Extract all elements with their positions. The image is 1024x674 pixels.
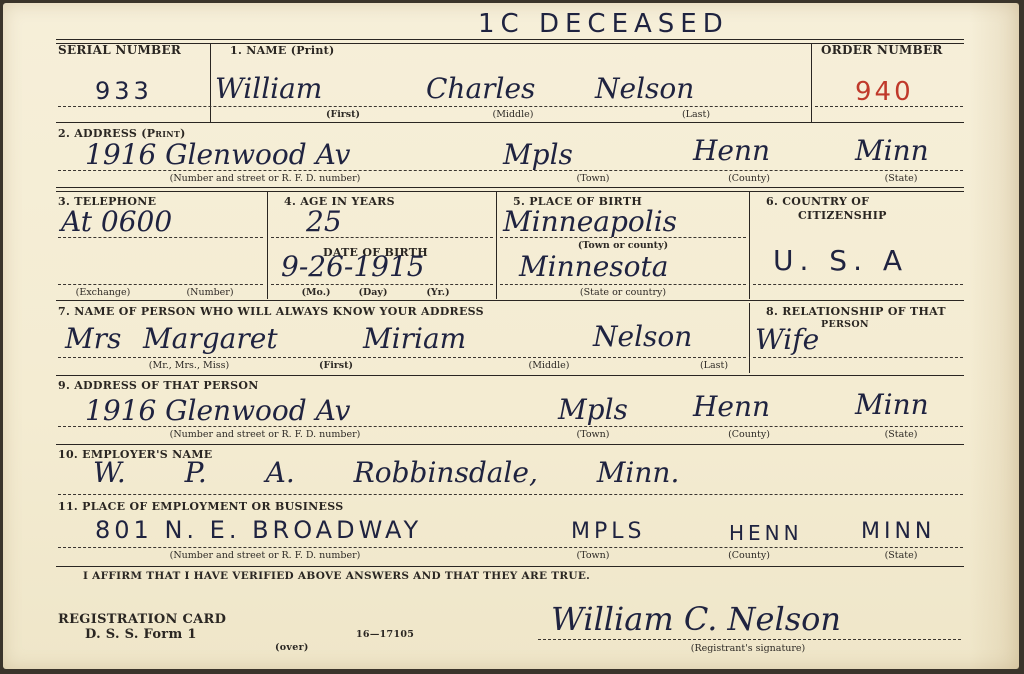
- birthplace-town: Minneapolis: [503, 208, 677, 236]
- row-border: [56, 122, 964, 123]
- relationship-label: 8. RELATIONSHIP OF THAT: [766, 305, 946, 318]
- address-county: Henn: [693, 137, 770, 165]
- affirmation-text: I AFFIRM THAT I HAVE VERIFIED ABOVE ANSW…: [83, 570, 590, 582]
- sub-day: (Day): [359, 287, 388, 298]
- citizenship-value: U. S. A: [773, 247, 908, 275]
- signature-line: [538, 639, 961, 640]
- form-number: D. S. S. Form 1: [85, 627, 197, 642]
- registration-card-title: REGISTRATION CARD: [58, 612, 226, 627]
- name-last: Nelson: [595, 75, 694, 103]
- sub-town-2: (Town): [577, 429, 610, 440]
- sub-street-2: (Number and street or R. F. D. number): [170, 429, 361, 440]
- employment-line: [58, 547, 963, 548]
- sub-title: (Mr., Mrs., Miss): [149, 360, 229, 371]
- sub-state-3: (State): [885, 550, 918, 561]
- signature-label: (Registrant's signature): [691, 643, 806, 654]
- employment-county: HENN: [729, 523, 803, 543]
- contact-address-state: Minn: [855, 391, 929, 419]
- serial-number-label: SERIAL NUMBER: [58, 43, 181, 57]
- divider: [749, 303, 750, 373]
- telephone-line-2: [58, 284, 263, 285]
- employment-town: MPLS: [571, 521, 645, 543]
- relationship-label-2: PERSON: [821, 319, 869, 330]
- birthplace-town-line: [500, 237, 746, 238]
- name-middle: Charles: [426, 75, 535, 103]
- sub-county-2: (County): [728, 429, 770, 440]
- divider: [496, 191, 497, 299]
- contact-address-line: [58, 426, 963, 427]
- divider: [811, 43, 812, 123]
- employment-state: MINN: [861, 521, 935, 543]
- sub-mo: (Mo.): [302, 287, 331, 298]
- sub-town-3: (Town): [577, 550, 610, 561]
- contact-address-town: Mpls: [558, 396, 628, 424]
- name-line: [58, 106, 808, 107]
- sub-town: (Town): [577, 173, 610, 184]
- contact-middle: Miriam: [363, 325, 466, 353]
- sub-last: (Last): [682, 109, 710, 120]
- employment-place-label: 11. PLACE OF EMPLOYMENT OR BUSINESS: [58, 500, 343, 513]
- deceased-annotation: 1C DECEASED: [478, 11, 729, 37]
- relationship-line: [753, 357, 963, 358]
- address-line: [58, 170, 963, 171]
- sub-state: (State): [885, 173, 918, 184]
- sub-last-2: (Last): [700, 360, 728, 371]
- contact-first: Margaret: [143, 325, 278, 353]
- sub-street: (Number and street or R. F. D. number): [170, 173, 361, 184]
- sub-yr: (Yr.): [426, 287, 449, 298]
- row-border: [56, 187, 964, 192]
- sub-first: (First): [326, 109, 360, 120]
- divider: [210, 43, 211, 123]
- contact-person-label: 7. NAME OF PERSON WHO WILL ALWAYS KNOW Y…: [58, 305, 484, 318]
- citizenship-label: 6. COUNTRY OF: [766, 195, 869, 208]
- order-line: [815, 106, 963, 107]
- name-first: William: [215, 75, 322, 103]
- contact-address-label: 9. ADDRESS OF THAT PERSON: [58, 379, 259, 392]
- row-border: [56, 444, 964, 445]
- print-code: 16—17105: [356, 629, 414, 640]
- sub-county-3: (County): [728, 550, 770, 561]
- birthplace-state: Minnesota: [519, 253, 668, 281]
- sub-state-country: (State or country): [580, 287, 666, 298]
- sub-number: (Number): [186, 287, 233, 298]
- age-line: [271, 237, 493, 238]
- sub-state-2: (State): [885, 429, 918, 440]
- contact-title: Mrs: [65, 325, 121, 353]
- paper-edge-shading: [969, 3, 1019, 669]
- serial-number-value: 933: [95, 79, 153, 103]
- sub-first-2: (First): [319, 360, 353, 371]
- contact-last: Nelson: [593, 323, 692, 351]
- registrant-signature: William C. Nelson: [551, 603, 841, 635]
- divider: [267, 191, 268, 299]
- sub-exchange: (Exchange): [76, 287, 131, 298]
- over-note: (over): [275, 642, 309, 653]
- row-border: [56, 300, 964, 301]
- citizenship-line: [753, 284, 963, 285]
- employer-line: [58, 494, 963, 495]
- dob-value: 9-26-1915: [281, 253, 425, 281]
- address-town: Mpls: [503, 141, 573, 169]
- age-value: 25: [306, 208, 342, 236]
- address-state: Minn: [855, 137, 929, 165]
- name-label: 1. NAME (Print): [230, 44, 335, 57]
- employment-street: 801 N. E. BROADWAY: [95, 518, 422, 542]
- citizenship-label-2: CITIZENSHIP: [798, 209, 887, 222]
- sub-county: (County): [728, 173, 770, 184]
- registration-card: 1C DECEASED SERIAL NUMBER 933 1. NAME (P…: [3, 3, 1019, 669]
- dob-line: [271, 284, 493, 285]
- sub-middle: (Middle): [492, 109, 533, 120]
- divider: [749, 191, 750, 299]
- address-street: 1916 Glenwood Av: [85, 141, 351, 169]
- telephone-line: [58, 237, 263, 238]
- birthplace-state-line: [500, 284, 746, 285]
- sub-middle-2: (Middle): [528, 360, 569, 371]
- contact-address-street: 1916 Glenwood Av: [85, 397, 351, 425]
- sub-street-3: (Number and street or R. F. D. number): [170, 550, 361, 561]
- relationship-value: Wife: [755, 326, 819, 354]
- order-number-label: ORDER NUMBER: [821, 43, 943, 57]
- contact-line: [58, 357, 746, 358]
- row-border: [56, 375, 964, 376]
- row-border: [56, 566, 964, 567]
- contact-address-county: Henn: [693, 393, 770, 421]
- employer-value: W. P. A. Robbinsdale, Minn.: [93, 459, 679, 487]
- telephone-value: At 0600: [61, 208, 172, 236]
- order-number-value: 940: [855, 79, 914, 105]
